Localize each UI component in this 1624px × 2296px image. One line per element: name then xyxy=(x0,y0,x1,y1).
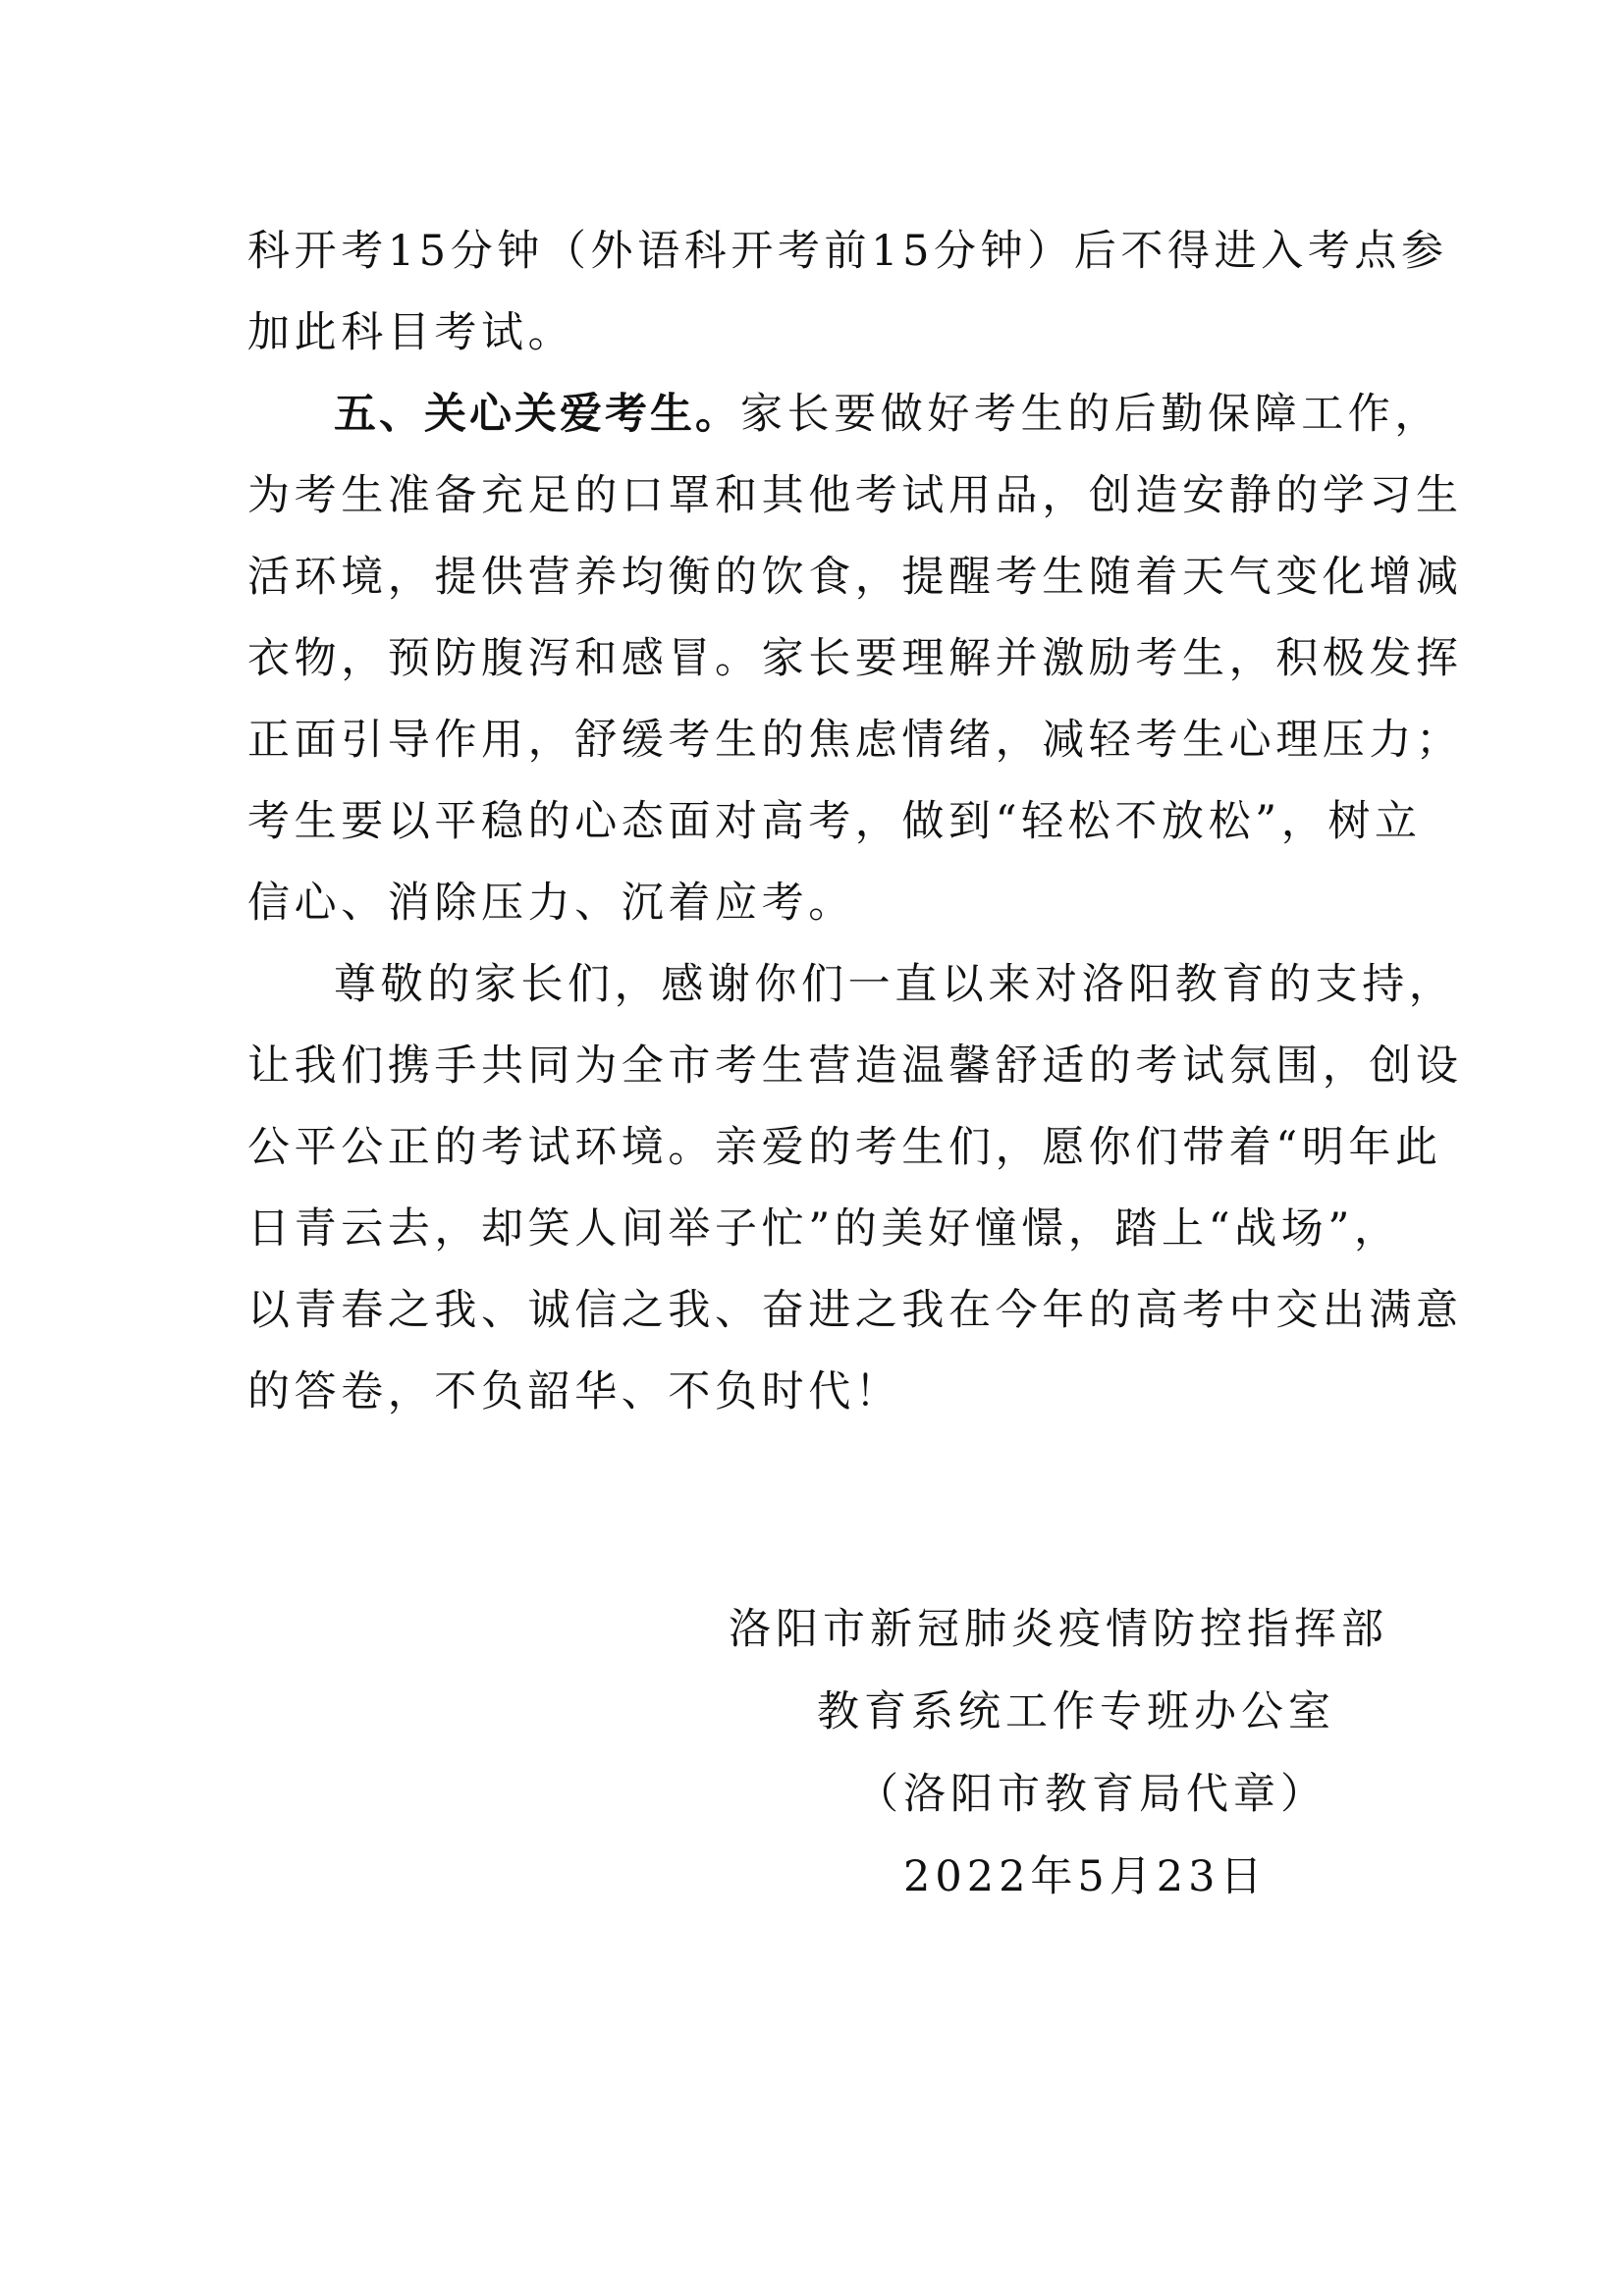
section-heading: 五、关心关爱考生。 xyxy=(334,390,740,439)
body-text-line: 让我们携手共同为全市考生营造温馨舒适的考试氛围，创设 xyxy=(247,1037,1386,1095)
body-text-line: 活环境，提供营养均衡的饮食，提醒考生随着天气变化增减 xyxy=(247,548,1386,607)
body-text-line: 以青春之我、诚信之我、奋进之我在今年的高考中交出满意 xyxy=(247,1281,1386,1340)
section-five-first-line: 五、关心关爱考生。家长要做好考生的后勤保障工作， xyxy=(334,385,1386,444)
body-text-line: 衣物，预防腹泻和感冒。家长要理解并激励考生，积极发挥 xyxy=(247,629,1386,688)
body-text-line: 公平公正的考试环境。亲爱的考生们，愿你们带着“明年此 xyxy=(247,1118,1386,1177)
body-text-line: 信心、消除压力、沉着应考。 xyxy=(247,874,1386,933)
body-text-line: 考生要以平稳的心态面对高考，做到“轻松不放松”，树立 xyxy=(247,792,1386,851)
signature-date: 2022年5月23日 xyxy=(903,1847,1268,1906)
body-text-line: 尊敬的家长们，感谢你们一直以来对洛阳教育的支持， xyxy=(334,955,1386,1014)
body-text: 家长要做好考生的后勤保障工作， xyxy=(740,390,1441,439)
body-text-line: 科开考15分钟（外语科开考前15分钟）后不得进入考点参 xyxy=(247,222,1386,281)
body-text-line: 加此科目考试。 xyxy=(247,303,1386,362)
signature-seal-note: （洛阳市教育局代章） xyxy=(856,1765,1327,1824)
body-text-line: 的答卷，不负韶华、不负时代！ xyxy=(247,1362,1386,1421)
signature-org-line2: 教育系统工作专班办公室 xyxy=(817,1682,1335,1741)
signature-org-line1: 洛阳市新冠肺炎疫情防控指挥部 xyxy=(729,1600,1388,1659)
body-text-line: 正面引导作用，舒缓考生的焦虑情绪，减轻考生心理压力； xyxy=(247,711,1386,770)
body-text-line: 日青云去，却笑人间举子忙”的美好憧憬，踏上“战场”， xyxy=(247,1200,1386,1258)
body-text-line: 为考生准备充足的口罩和其他考试用品，创造安静的学习生 xyxy=(247,466,1386,525)
